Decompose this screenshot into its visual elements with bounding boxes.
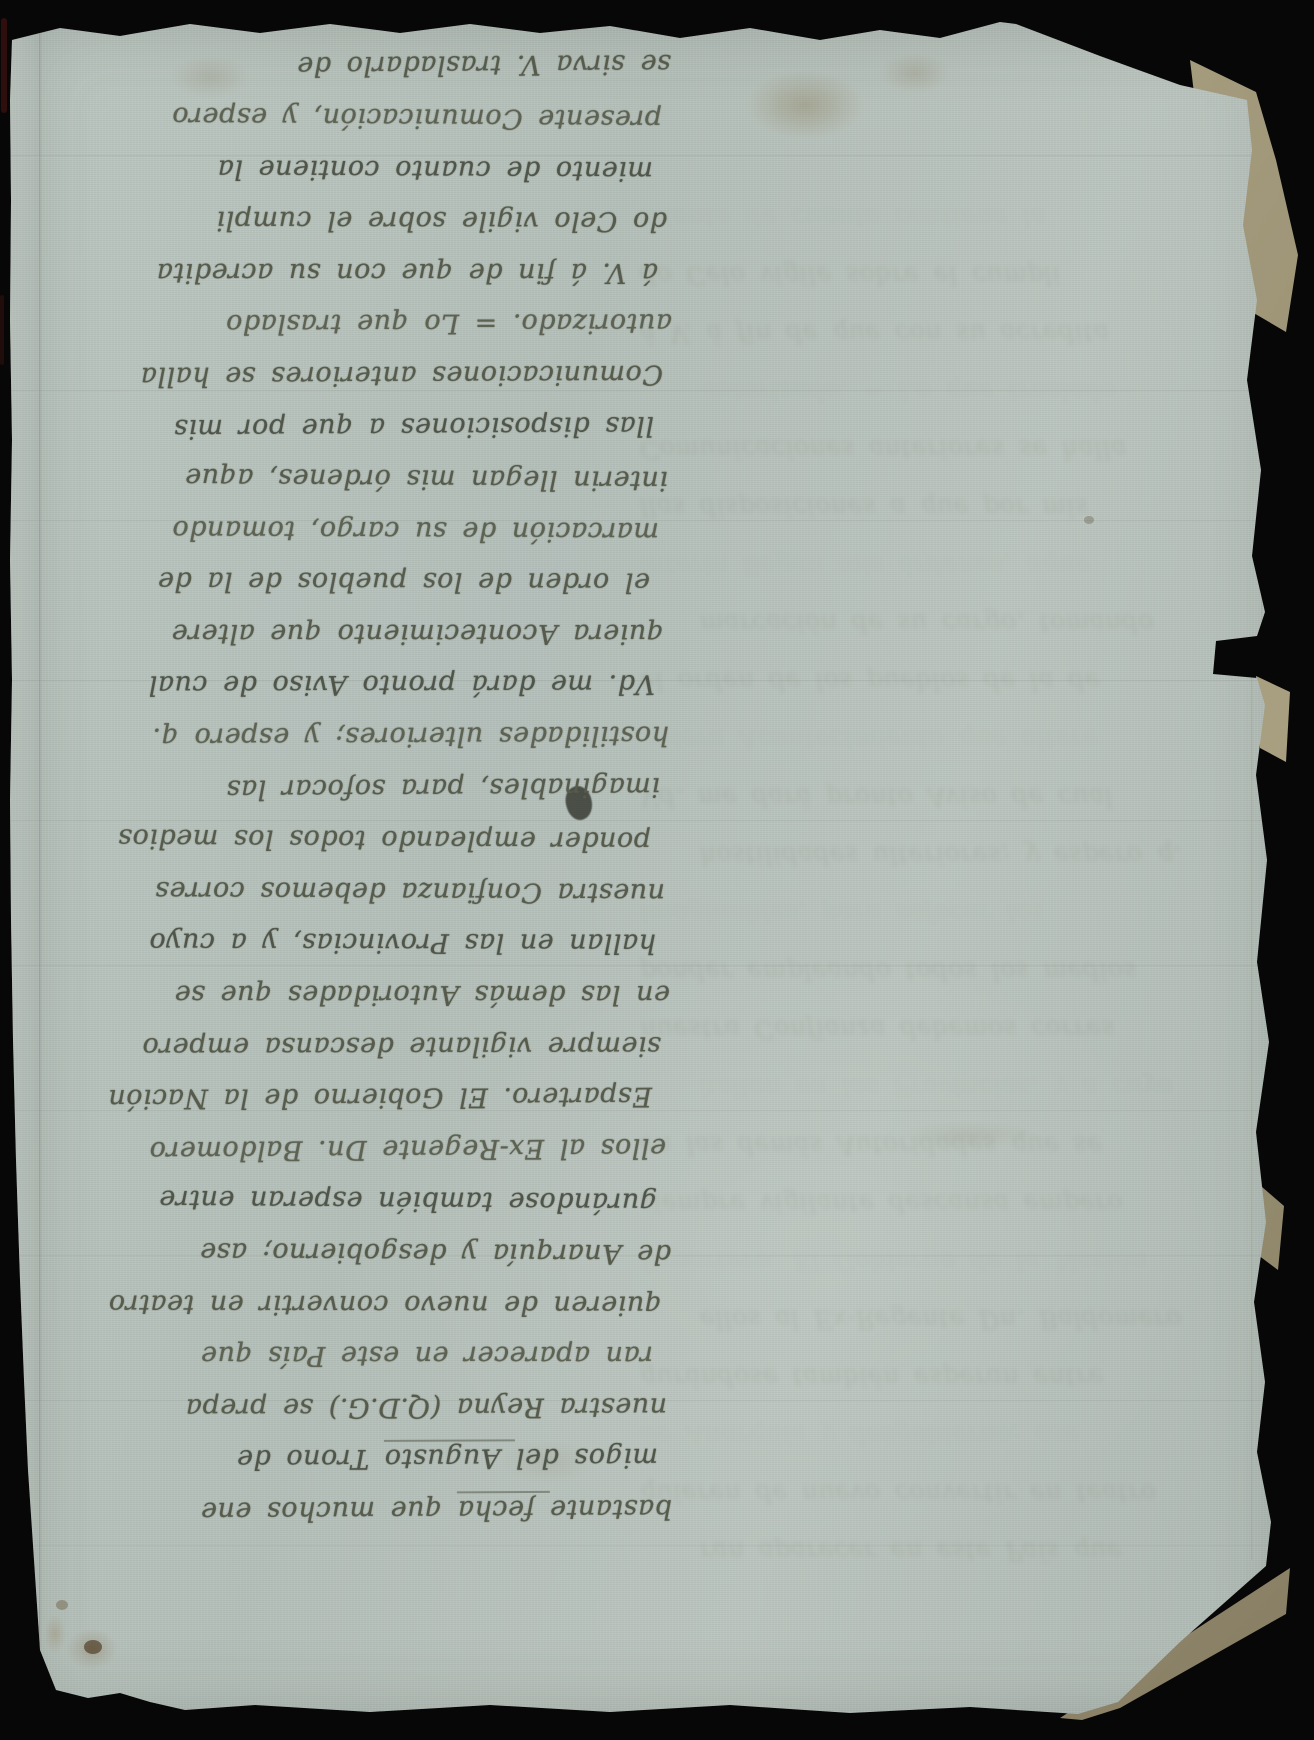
bleedthrough-line: hallan en las Provincias, y a cuyo bbox=[700, 1058, 1200, 1116]
handwritten-line: hostilidades ulteriores; y espero q. bbox=[56, 709, 669, 763]
handwritten-line: quieren de nuevo convertir en teatro bbox=[56, 1277, 662, 1330]
bleedthrough-line: imaginables, para sofocar las bbox=[640, 884, 1200, 942]
stain bbox=[56, 1600, 68, 1610]
handwritten-text-block: bastante fecha que muchos enemigos del A… bbox=[56, 40, 672, 1536]
handwritten-line: se sirva V. trasladarlo de bbox=[56, 38, 671, 93]
handwritten-line: gurándose también esperan entre bbox=[56, 1173, 657, 1228]
left-fold-strip bbox=[8, 24, 42, 1700]
bleedthrough-line: á V. á fin de que con su acredita bbox=[640, 304, 1200, 362]
handwritten-line: miento de cuanto contiene la bbox=[56, 142, 653, 196]
bleedthrough-line: ran aparecer en este País que bbox=[700, 1522, 1200, 1580]
handwritten-line: el orden de los pueblos de la de bbox=[56, 555, 650, 608]
bleedthrough-line: hostilidades ulteriores; y espero q. bbox=[700, 826, 1200, 884]
handwritten-line: Espartero. El Gobierno de la Nación bbox=[56, 1070, 652, 1124]
bleedthrough-line: quiera Acontecimiento que altere bbox=[640, 710, 1200, 768]
handwritten-line: interin llegan mis órdenes, aque bbox=[56, 451, 668, 506]
bleedthrough-line: nuestra Confianza debemos corres bbox=[640, 1000, 1200, 1058]
bleedthrough-line: ellos al Ex-Regente Dn. Baldomero bbox=[700, 1290, 1200, 1348]
handwritten-line: nuestra Confianza debemos corres bbox=[56, 864, 665, 918]
bleedthrough-line: miento de cuanto contiene la bbox=[640, 188, 1200, 246]
bleedthrough-line: Espartero. El Gobierno de la Nación bbox=[640, 1232, 1200, 1290]
bleedthrough-line: gurándose también esperan entre bbox=[640, 1348, 1200, 1406]
bleedthrough-line: quieren de nuevo convertir en teatro bbox=[640, 1464, 1200, 1522]
scanner-edge-streak bbox=[1, 18, 7, 113]
stain bbox=[44, 1614, 66, 1654]
bleedthrough-line: de Anarquía y desgobierno; ase bbox=[640, 1406, 1200, 1464]
handwritten-line: ponder empleando todos los medios bbox=[56, 812, 651, 867]
ink-bleedthrough: ran aparecer en este País quequieren de … bbox=[640, 120, 1200, 1580]
handwritten-line: en las demás Autoridades que se bbox=[56, 968, 670, 1020]
scanner-edge-streak bbox=[0, 295, 4, 365]
handwritten-line: á V. á fin de que con su acredita bbox=[56, 246, 658, 298]
bleedthrough-line: do Celo vigile sobre el cumpli bbox=[640, 246, 1200, 304]
handwritten-line: marcación de su cargo, tomando bbox=[56, 503, 659, 557]
fold-crease-vertical-left bbox=[38, 30, 41, 1685]
handwritten-line: siempre vigilante descansa empero bbox=[56, 1019, 661, 1072]
bleedthrough-line: en las demás Autoridades que se bbox=[640, 1116, 1200, 1174]
bleedthrough-line: autorizado. = Lo que traslado bbox=[700, 362, 1200, 420]
handwritten-line: llas disposiciones a que por mis bbox=[56, 399, 654, 454]
bleedthrough-line: llas disposiciones a que por mis bbox=[640, 478, 1200, 536]
stain bbox=[84, 1640, 102, 1654]
stain bbox=[880, 52, 950, 94]
bleedthrough-line: interin llegan mis órdenes, aque bbox=[640, 536, 1200, 594]
handwritten-line: de Anarquía y desgobierno; ase bbox=[56, 1225, 671, 1279]
bleedthrough-line: marcación de su cargo, tomando bbox=[700, 594, 1200, 652]
handwritten-line: imaginables, para sofocar las bbox=[56, 760, 660, 815]
handwritten-line: do Celo vigile sobre el cumpli bbox=[56, 194, 667, 247]
bleedthrough-line: Vd. me dará pronto Aviso de cual bbox=[640, 768, 1200, 826]
bleedthrough-line: el orden de los pueblos de la de bbox=[640, 652, 1200, 710]
handwritten-line: nuestra Reyna (Q.D.G.) se prepa bbox=[56, 1381, 667, 1434]
handwritten-line: Vd. me dará pronto Aviso de cual bbox=[56, 658, 655, 711]
handwritten-line: ellos al Ex-Regente Dn. Baldomero bbox=[56, 1121, 666, 1176]
handwritten-line: ran aparecer en este País que bbox=[56, 1330, 653, 1382]
handwritten-line: presente Comunicación, y espero bbox=[56, 89, 662, 144]
bleedthrough-line: Comunicaciones anteriores se halla bbox=[640, 420, 1200, 478]
handwritten-line: migos del Augusto Trono de bbox=[56, 1432, 658, 1486]
paper-sheet: ran aparecer en este País quequieren de … bbox=[0, 0, 1314, 1740]
handwritten-line: bastante fecha que muchos ene bbox=[56, 1482, 672, 1537]
handwritten-line: quiera Acontecimiento que altere bbox=[56, 607, 664, 659]
handwritten-line: Comunicaciones anteriores se halla bbox=[56, 348, 663, 402]
handwritten-line: autorizado. = Lo que traslado bbox=[56, 297, 672, 350]
bleedthrough-line: ponder empleando todos los medios bbox=[640, 942, 1200, 1000]
bleedthrough-line: siempre vigilante descansa empero bbox=[640, 1174, 1200, 1232]
handwritten-line: hallan en las Provincias, y a cuyo bbox=[56, 916, 656, 969]
scanned-manuscript-page: ran aparecer en este País quequieren de … bbox=[0, 0, 1314, 1740]
fold-crease-vertical-right bbox=[1250, 640, 1253, 1560]
